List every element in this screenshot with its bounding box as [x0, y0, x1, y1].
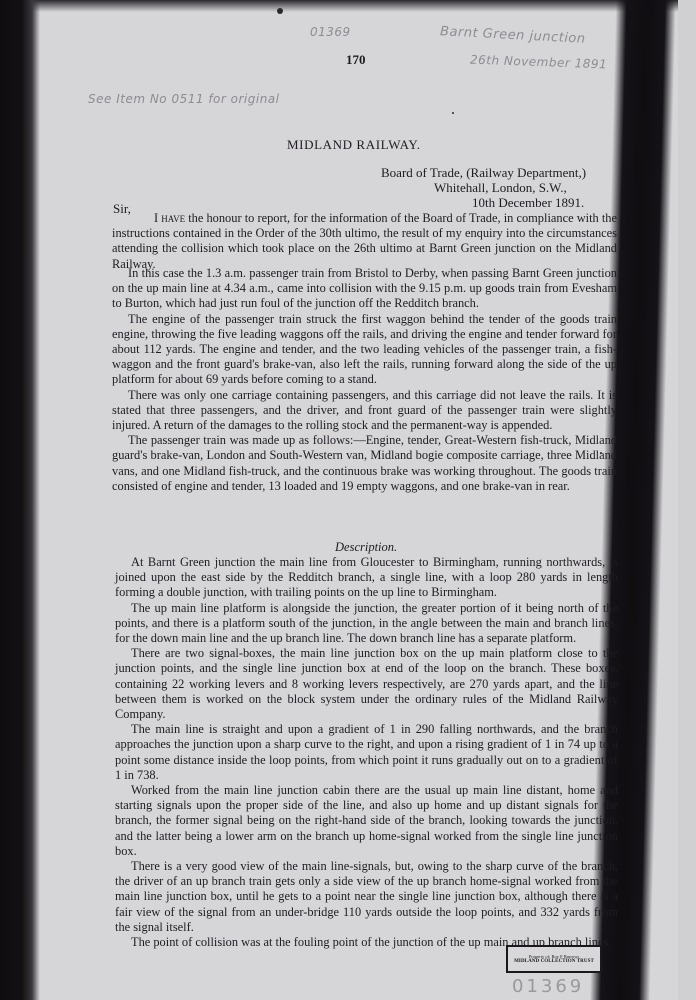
handwritten-ref-bottom: 01369 [512, 976, 584, 997]
section-heading: Description. [335, 540, 397, 555]
handwritten-see-note: See Item No 0511 for original [88, 92, 279, 106]
page-number: 170 [346, 52, 366, 68]
scan-right-margin [678, 0, 696, 1000]
paragraph: Worked from the main line junction cabin… [115, 783, 618, 859]
paragraph: The engine of the passenger train struck… [112, 312, 617, 388]
paragraph: The main line is straight and upon a gra… [115, 722, 618, 783]
paragraph: In this case the 1.3 a.m. passenger trai… [112, 266, 617, 312]
paragraph: The up main line platform is alongside t… [115, 601, 618, 647]
intro-lead: I have [154, 211, 185, 225]
paragraph: There is a very good view of the main li… [115, 859, 618, 935]
scanned-page: 01369 Barnt Green junction 26th November… [0, 0, 696, 1000]
body-section-1: In this case the 1.3 a.m. passenger trai… [112, 266, 617, 494]
collection-stamp: Property of: Roy F Burrows MIDLAND COLLE… [506, 945, 602, 973]
address-line-2: Whitehall, London, S.W., [434, 180, 567, 196]
paragraph: The passenger train was made up as follo… [112, 433, 617, 494]
intro-text: the honour to report, for the informatio… [112, 211, 617, 271]
document-title: MIDLAND RAILWAY. [287, 137, 421, 153]
scan-left-edge [0, 0, 40, 1000]
paragraph: There are two signal-boxes, the main lin… [115, 646, 618, 722]
body-section-2: At Barnt Green junction the main line fr… [115, 555, 618, 950]
letter-date: 10th December 1891. [472, 195, 584, 211]
handwritten-location-note: Barnt Green junction [440, 24, 586, 47]
stamp-trust: MIDLAND COLLECTION TRUST [514, 959, 594, 965]
handwritten-date-note: 26th November 1891 [470, 53, 608, 72]
paragraph: At Barnt Green junction the main line fr… [115, 555, 618, 601]
intro-paragraph: I have the honour to report, for the inf… [112, 211, 617, 272]
handwritten-ref-top: 01369 [310, 25, 351, 39]
scan-speck [452, 112, 454, 114]
address-line-1: Board of Trade, (Railway Department,) [381, 165, 586, 181]
scan-speck [600, 452, 602, 454]
scan-top-edge [0, 0, 696, 12]
paragraph: There was only one carriage containing p… [112, 388, 617, 434]
scan-speck [277, 8, 283, 14]
